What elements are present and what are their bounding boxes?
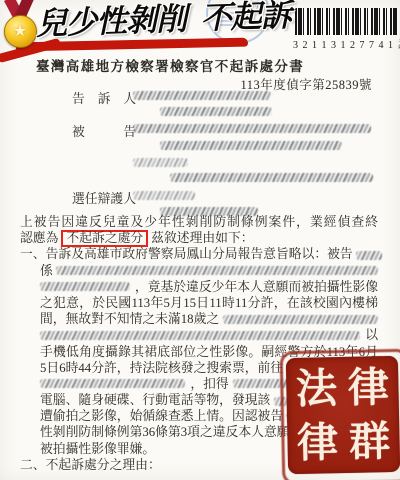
verdict-box: 不起訴之處分 (61, 230, 148, 247)
barcode-label: 3 2 1 1 3 1 2 7 7 4 1 為 股 (293, 36, 399, 51)
redacted-text (160, 141, 342, 150)
text: 認應為 (20, 231, 58, 245)
body-line: ，竟基於違反少年本人意願而被拍攝性影像 (20, 279, 378, 295)
body-line: 間，無故對不知情之未滿18歲之 (20, 311, 378, 327)
text: 遭偷拍之影像，始循線查悉上情。因認被告 (40, 409, 283, 423)
text: 二、不起訴處分之理由： (20, 458, 161, 472)
body-line-verdict: 認應為不起訴之處分茲敘述理由如下： (20, 230, 378, 246)
redacted-text (40, 331, 360, 340)
seal-char: 律 (297, 422, 339, 464)
redacted-text (170, 173, 373, 182)
barcode (295, 8, 398, 35)
redacted-text (133, 91, 271, 100)
document-title: 臺灣高雄地方檢察署檢察官不起訴處分書 (36, 55, 304, 75)
text: 茲敘述理由如下： (151, 231, 253, 245)
party-row (0, 170, 400, 184)
body-line: 以 (20, 327, 378, 343)
redacted-text (133, 158, 188, 167)
seal-char: 群 (349, 421, 391, 463)
seal-char: 法 (296, 368, 338, 410)
text: 電腦、隨身硬碟、行動電話等物，發現該 (40, 393, 270, 407)
seal-char: 律 (348, 367, 390, 409)
text: 係 (40, 263, 53, 279)
law-firm-seal: 法 律 律 群 (286, 356, 400, 474)
text: 一、告訴及高雄市政府警察局鳳山分局報告意旨略以：被告 (20, 247, 353, 261)
text: 以 (365, 327, 378, 343)
redacted-text (356, 251, 382, 260)
body-line: 上被告因違反兒童及少年性剝削防制條例案件，業經偵查終結， (20, 214, 378, 230)
party-row-defendant: 被告 (0, 121, 400, 135)
party-row (0, 155, 400, 169)
text: 被拍攝性影像罪嫌。 (40, 442, 155, 456)
text: 性剝削防制條例第36條第3項之違反本人意願 (40, 425, 290, 439)
scanned-document-page: 河 ★ 兒少性剝削 不起訴 3 2 1 1 3 1 2 7 7 4 1 為 股 … (0, 0, 400, 480)
redacted-text (160, 107, 272, 116)
party-row-counsel: 選任辯護人 (0, 188, 400, 202)
text: 之犯意，於民國113年5月15日11時11分許，在該校園內樓梯 (40, 296, 378, 310)
text: ，竟基於違反少年本人意願而被拍攝性影像 (135, 279, 378, 295)
text: 5日6時44分許，持法院核發之搜索票，前往 (40, 360, 283, 376)
headline-banner: 河 ★ 兒少性剝削 不起訴 3 2 1 1 3 1 2 7 7 4 1 為 股 (0, 0, 400, 58)
text: ，扣得 (190, 376, 228, 392)
redacted-text (133, 124, 371, 133)
medal-star-icon: ★ (4, 15, 36, 46)
redacted-text (133, 191, 195, 200)
party-row (0, 138, 400, 152)
body-line: 一、告訴及高雄市政府警察局鳳山分局報告意旨略以：被告 (20, 246, 378, 262)
party-row-complainant: 告訴人 (0, 88, 400, 102)
redacted-text (40, 282, 130, 291)
text: 上被告因違反兒童及少年性剝削防制條例案件，業經偵查終結， (20, 215, 378, 230)
redacted-text (40, 379, 185, 388)
party-row (0, 104, 400, 118)
text: 間，無故對不知情之未滿18歲之 (40, 311, 219, 327)
body-line: 之犯意，於民國113年5月15日11時11分許，在該校園內樓梯 (20, 295, 378, 311)
body-line: 係 (20, 263, 378, 279)
redacted-text (56, 266, 378, 275)
redacted-text (223, 315, 378, 324)
